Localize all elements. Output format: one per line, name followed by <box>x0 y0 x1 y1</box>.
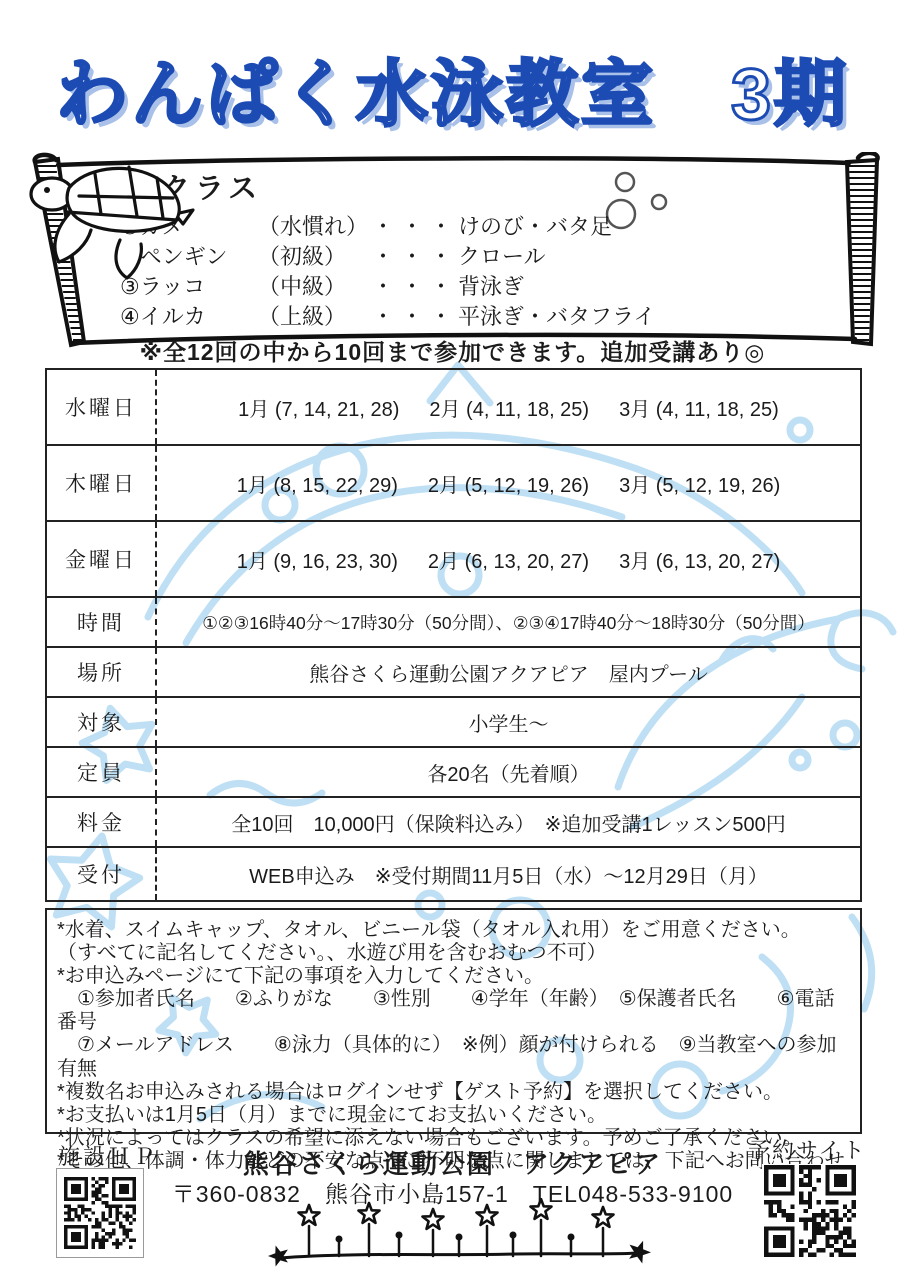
row-label: 定員 <box>47 748 157 796</box>
note-line: *複数名お申込みされる場合はログインせず【ゲスト予約】を選択してください。 <box>57 1081 850 1104</box>
dots-separator: ・・・ <box>372 270 458 301</box>
schedule-table: 水曜日 1月 (7, 14, 21, 28) 2月 (4, 11, 18, 25… <box>45 368 862 902</box>
row-label: 木曜日 <box>47 446 157 520</box>
turtle-shell <box>67 168 179 231</box>
table-row: 定員 各20名（先着順） <box>47 748 860 798</box>
table-row: 場所 熊谷さくら運動公園アクアピア 屋内プール <box>47 648 860 698</box>
note-line: *お支払いは1月5日（月）までに現金にてお支払いください。 <box>57 1104 850 1127</box>
month-dates: 3月 (5, 12, 19, 26) <box>619 469 780 498</box>
turtle-rear-flipper <box>116 240 141 278</box>
dots-separator: ・・・ <box>372 210 458 241</box>
row-value: 小学生～ <box>157 698 860 746</box>
month-dates: 1月 (8, 15, 22, 29) <box>237 469 398 498</box>
month-dates: 3月 (4, 11, 18, 25) <box>619 393 779 422</box>
turtle-eye <box>44 187 50 193</box>
table-row: 対象 小学生～ <box>47 698 860 748</box>
table-row: 木曜日 1月 (8, 15, 22, 29) 2月 (5, 12, 19, 26… <box>47 446 860 522</box>
row-label: 時間 <box>47 598 157 646</box>
table-row: 金曜日 1月 (9, 16, 23, 30) 2月 (6, 13, 20, 27… <box>47 522 860 598</box>
note-line: *水着、スイムキャップ、タオル、ビニール袋（タオル入れ用）をご用意ください。 <box>57 919 850 942</box>
table-row: 水曜日 1月 (7, 14, 21, 28) 2月 (4, 11, 18, 25… <box>47 370 860 446</box>
class-banner: 児童クラス ①カメ （水慣れ） ・・・ けのび・バタ足 ②ペンギン （初級） ・… <box>25 152 880 350</box>
class-level: （初級） <box>258 240 372 271</box>
row-label: 対象 <box>47 698 157 746</box>
note-line: ⑦メールアドレス ⑧泳力（具体的に） ※例）顔が付けられる ⑨当教室への参加有無 <box>57 1034 850 1080</box>
notes-box: *水着、スイムキャップ、タオル、ビニール袋（タオル入れ用）をご用意ください。 （… <box>45 908 862 1134</box>
class-level: （中級） <box>258 270 372 301</box>
class-detail: けのび・バタ足 <box>458 210 612 241</box>
flyer-page: わんぱく水泳教室 3期 児童クラス ①カ <box>0 0 905 1280</box>
class-number: ④ <box>120 304 140 329</box>
note-line: *お申込みページにて下記の事項を入力してください。 <box>57 965 850 988</box>
month-dates: 2月 (5, 12, 19, 26) <box>428 469 589 498</box>
month-dates: 2月 (4, 11, 18, 25) <box>429 393 589 422</box>
note-line: （すべてに記名してください。、水遊び用を含むおむつ不可） <box>57 942 850 965</box>
table-row: 受付 WEB申込み ※受付期間11月5日（水）～12月29日（月） <box>47 848 860 900</box>
row-label: 金曜日 <box>47 522 157 596</box>
row-value: 熊谷さくら運動公園アクアピア 屋内プール <box>157 648 860 696</box>
class-name: イルカ <box>140 304 206 329</box>
class-level: （上級） <box>258 300 372 331</box>
row-label: 場所 <box>47 648 157 696</box>
page-title: わんぱく水泳教室 3期 <box>0 36 905 140</box>
month-dates: 1月 (7, 14, 21, 28) <box>238 393 399 422</box>
month-dates: 3月 (6, 13, 20, 27) <box>619 545 780 574</box>
table-row: 時間 ①②③16時40分～17時30分（50分間）、②③④17時40分～18時3… <box>47 598 860 648</box>
row-value: ①②③16時40分～17時30分（50分間）、②③④17時40分～18時30分（… <box>157 598 860 646</box>
table-row: 料金 全10回 10,000円（保険料込み） ※追加受講1レッスン500円 <box>47 798 860 848</box>
class-detail: 背泳ぎ <box>458 270 524 301</box>
row-label: 料金 <box>47 798 157 846</box>
dots-separator: ・・・ <box>372 240 458 271</box>
bubble <box>616 173 634 191</box>
class-list-item: ④イルカ （上級） ・・・ 平泳ぎ・バタフライ <box>120 300 680 330</box>
row-value: WEB申込み ※受付期間11月5日（水）～12月29日（月） <box>157 848 860 900</box>
turtle-illustration <box>25 152 205 287</box>
participation-note: ※全12回の中から10回まで参加できます。追加受講あり◎ <box>0 334 905 367</box>
note-line: ①参加者氏名 ②ふりがな ③性別 ④学年（年齢） ⑤保護者氏名 ⑥電話番号 <box>57 988 850 1034</box>
row-value: 各20名（先着順） <box>157 748 860 796</box>
row-label: 水曜日 <box>47 370 157 444</box>
month-dates: 1月 (9, 16, 23, 30) <box>237 545 398 574</box>
row-value: 全10回 10,000円（保険料込み） ※追加受講1レッスン500円 <box>157 798 860 846</box>
month-dates: 2月 (6, 13, 20, 27) <box>428 545 589 574</box>
dots-separator: ・・・ <box>372 300 458 331</box>
bubble <box>652 195 666 209</box>
row-label: 受付 <box>47 848 157 900</box>
star-garland-decoration <box>265 1198 655 1276</box>
class-detail: クロール <box>458 240 546 271</box>
class-detail: 平泳ぎ・バタフライ <box>458 300 655 331</box>
class-level: （水慣れ） <box>258 210 372 241</box>
